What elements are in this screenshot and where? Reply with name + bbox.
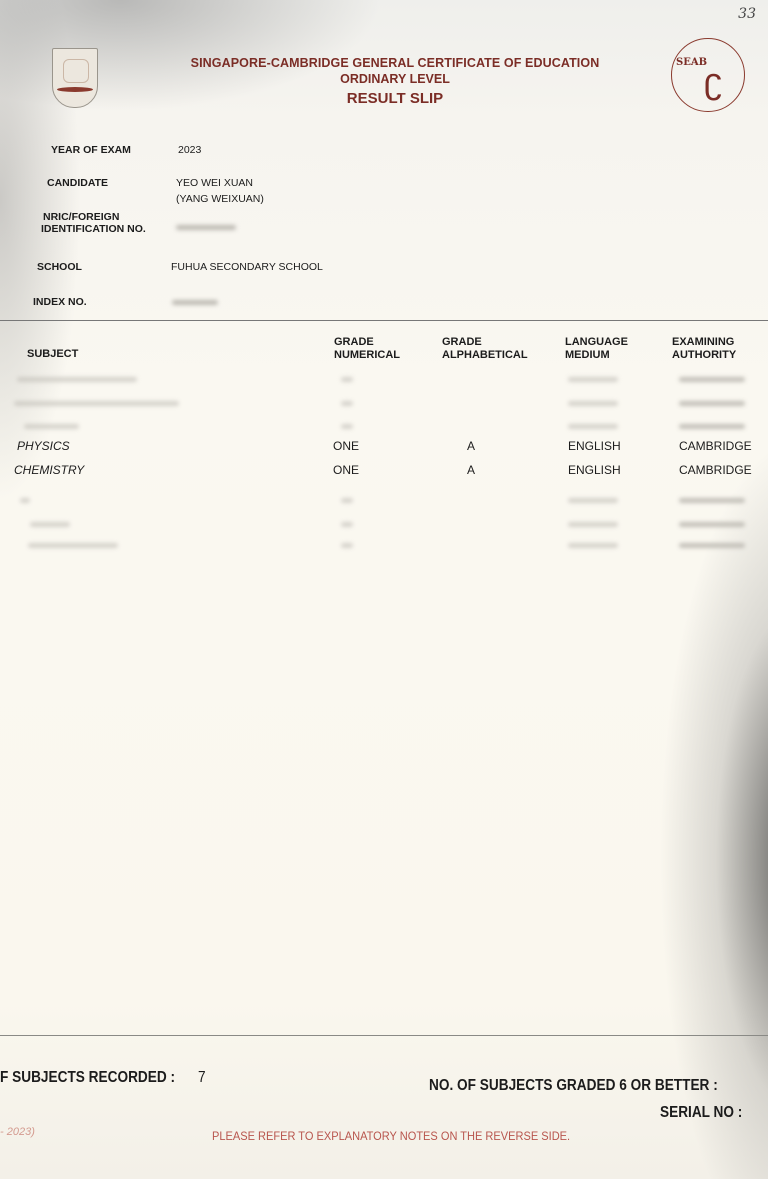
nric-label-1: NRIC/FOREIGN: [43, 211, 119, 223]
redacted-language: [568, 377, 618, 382]
cell-authority: CAMBRIDGE: [679, 439, 752, 453]
redacted-subject: [24, 424, 79, 429]
graded-6-or-better-label: NO. OF SUBJECTS GRADED 6 OR BETTER :: [429, 1077, 718, 1095]
col-subject: SUBJECT: [27, 348, 78, 361]
year-value: 2023: [178, 144, 201, 156]
redacted-subject: [17, 377, 137, 382]
school-value: FUHUA SECONDARY SCHOOL: [171, 261, 323, 273]
title-line-2: ORDINARY LEVEL: [160, 72, 630, 86]
redacted-authority: [679, 424, 745, 429]
subjects-recorded-value: 7: [198, 1069, 206, 1087]
school-label: SCHOOL: [37, 261, 82, 273]
col-authority-1: EXAMINING: [672, 336, 734, 349]
redacted-language: [568, 498, 618, 503]
redacted-language: [568, 401, 618, 406]
col-language-1: LANGUAGE: [565, 336, 628, 349]
redacted-numerical: [341, 522, 353, 527]
redacted-numerical: [341, 424, 353, 429]
redacted-language: [568, 424, 618, 429]
seab-lion-icon: ʗ: [704, 63, 722, 99]
crest-motif: [63, 59, 89, 83]
cell-alphabetical: A: [467, 463, 475, 477]
cell-language: ENGLISH: [568, 439, 621, 453]
cell-numerical: ONE: [333, 439, 359, 453]
redacted-authority: [679, 377, 745, 382]
seab-logo: SEAB ʗ: [671, 38, 745, 112]
result-slip-page: 33 SINGAPORE-CAMBRIDGE GENERAL CERTIFICA…: [0, 0, 768, 1179]
candidate-name-alt: (YANG WEIXUAN): [176, 193, 264, 205]
col-grade-numerical-2: NUMERICAL: [334, 349, 400, 362]
candidate-label: CANDIDATE: [47, 177, 108, 189]
redacted-authority: [679, 401, 745, 406]
title-line-1: SINGAPORE-CAMBRIDGE GENERAL CERTIFICATE …: [160, 56, 630, 70]
redacted-authority: [679, 543, 745, 548]
candidate-name: YEO WEI XUAN: [176, 177, 253, 189]
col-authority-2: AUTHORITY: [672, 349, 736, 362]
explanatory-note: PLEASE REFER TO EXPLANATORY NOTES ON THE…: [212, 1129, 570, 1143]
redacted-authority: [679, 522, 745, 527]
crest-band: [57, 87, 93, 92]
redacted-numerical: [341, 377, 353, 382]
redacted-subject: [30, 522, 70, 527]
redacted-authority: [679, 498, 745, 503]
redacted-language: [568, 522, 618, 527]
cell-language: ENGLISH: [568, 463, 621, 477]
crest-icon: [52, 48, 98, 108]
redacted-numerical: [341, 498, 353, 503]
seab-logo-text: SEAB: [676, 57, 707, 68]
year-label: YEAR OF EXAM: [51, 144, 131, 156]
form-code: - 2023): [0, 1126, 35, 1138]
col-grade-alpha-2: ALPHABETICAL: [442, 349, 528, 362]
col-language-2: MEDIUM: [565, 349, 610, 362]
redacted-subject: [14, 401, 179, 406]
page-title: RESULT SLIP: [160, 90, 630, 107]
nric-value-redacted: [176, 225, 236, 230]
footer-divider: [0, 1035, 768, 1036]
redacted-numerical: [341, 543, 353, 548]
cell-subject: PHYSICS: [17, 439, 70, 453]
col-grade-alpha-1: GRADE: [442, 336, 482, 349]
cell-subject: CHEMISTRY: [14, 463, 84, 477]
cell-numerical: ONE: [333, 463, 359, 477]
cell-authority: CAMBRIDGE: [679, 463, 752, 477]
cell-alphabetical: A: [467, 439, 475, 453]
redacted-numerical: [341, 401, 353, 406]
redacted-subject: [28, 543, 118, 548]
redacted-subject: [20, 498, 30, 503]
redacted-language: [568, 543, 618, 548]
page-number: 33: [738, 6, 756, 22]
serial-no-label: SERIAL NO :: [660, 1104, 742, 1122]
index-value-redacted: [172, 300, 218, 305]
col-grade-numerical-1: GRADE: [334, 336, 374, 349]
header-divider: [0, 320, 768, 321]
nric-label-2: IDENTIFICATION NO.: [41, 223, 146, 235]
subjects-recorded-label: F SUBJECTS RECORDED :: [0, 1069, 175, 1087]
index-label: INDEX NO.: [33, 296, 87, 308]
